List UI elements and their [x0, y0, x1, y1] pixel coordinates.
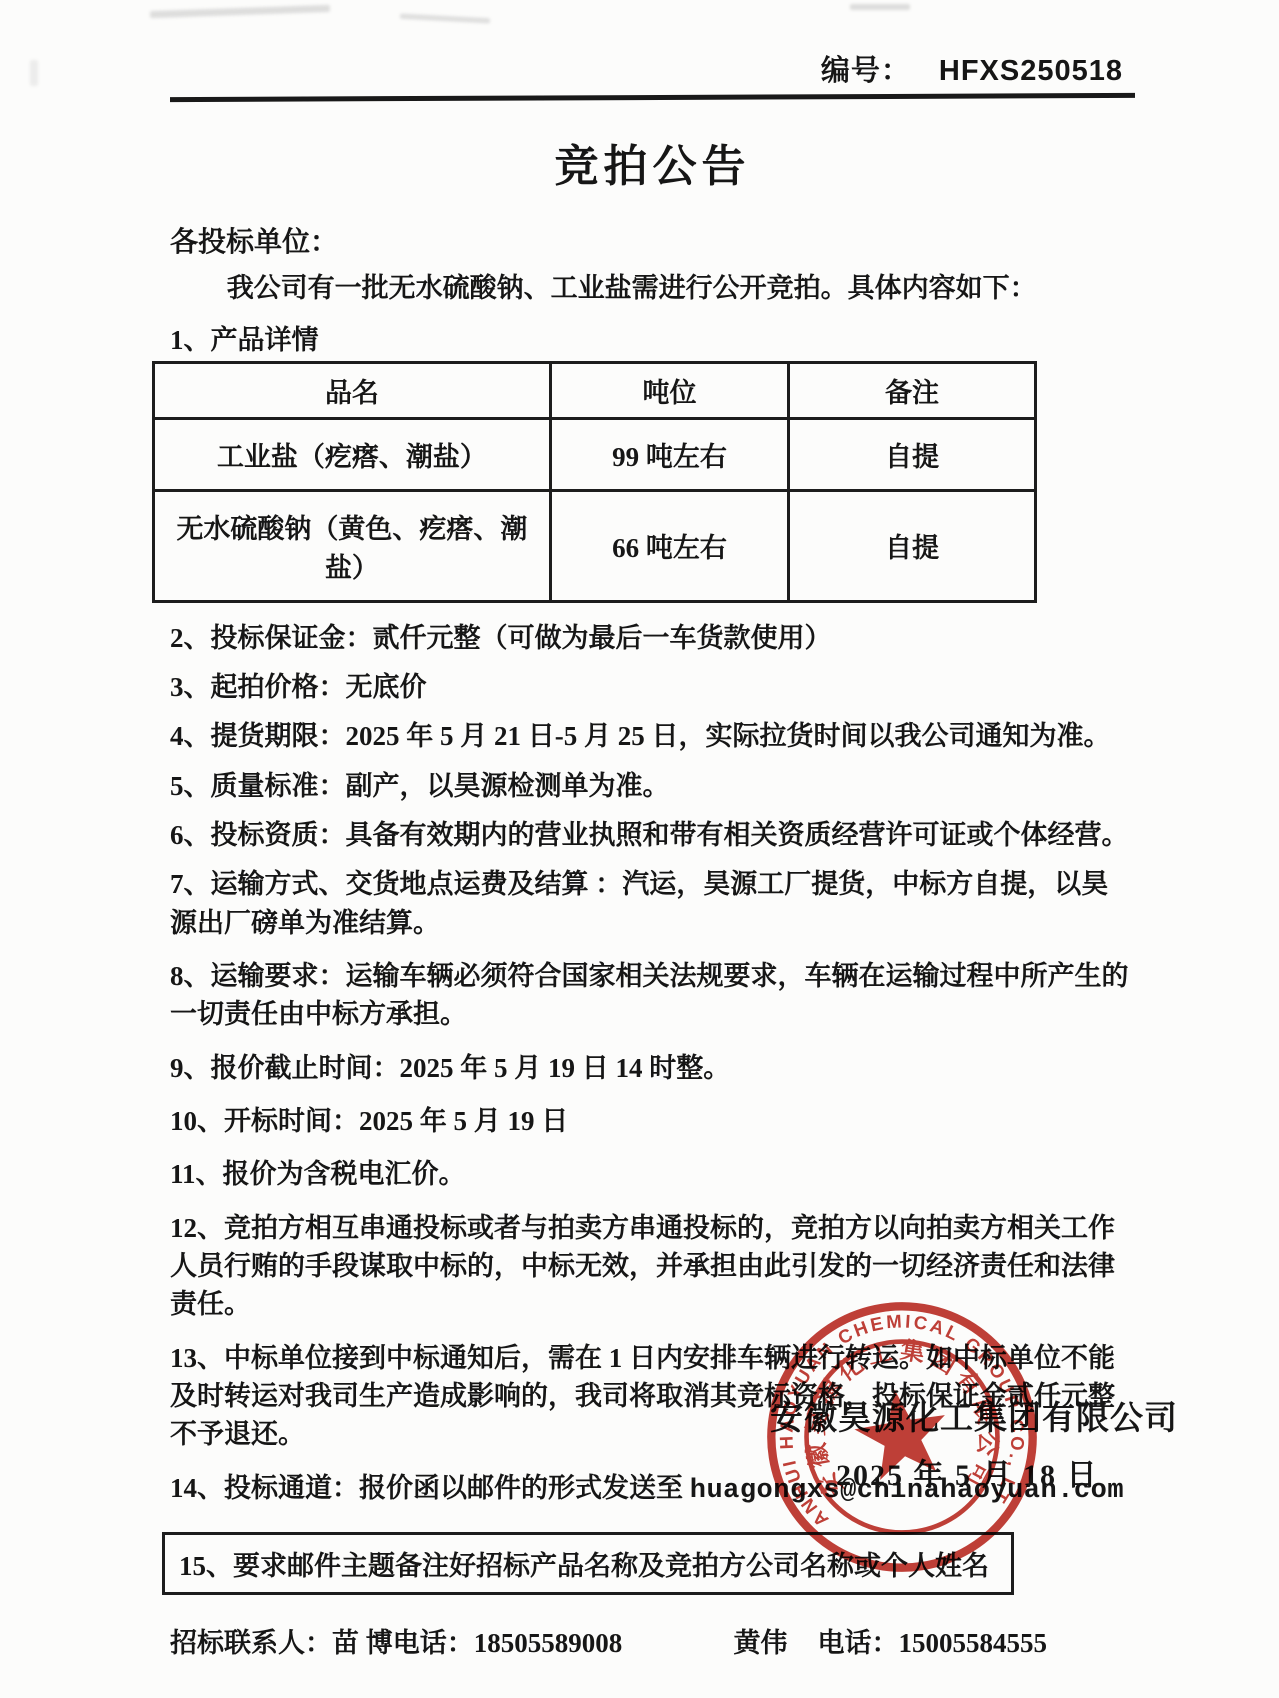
- clause-10: 10、开标时间：2025 年 5 月 19 日: [170, 1102, 1135, 1140]
- product-table: 品名 吨位 备注 工业盐（疙瘩、潮盐） 99 吨左右 自提 无水硫酸钠（黄色、疙…: [152, 361, 1037, 603]
- scan-artifact: [30, 60, 38, 86]
- column-header-tonnage: 吨位: [550, 362, 788, 418]
- contact-right: 黄伟电话：15005584555: [734, 1621, 1048, 1660]
- salutation: 各投标单位：: [170, 220, 1135, 260]
- contact-left: 招标联系人：苗 博电话：18505589008: [170, 1621, 622, 1660]
- clause-8: 8、运输要求：运输车辆必须符合国家相关法规要求，车辆在运输过程中所产生的一切责任…: [170, 957, 1135, 1034]
- contact-left-name: 苗 博: [332, 1628, 393, 1658]
- document-number-line: 编号：HFXS250518: [170, 48, 1135, 89]
- cell-tonnage-2: 66 吨左右: [550, 490, 788, 601]
- scan-artifact: [150, 5, 330, 18]
- scan-artifact: [850, 4, 910, 10]
- contact-left-phone-label: 电话：: [393, 1628, 474, 1658]
- cell-remark-2: 自提: [789, 490, 1036, 601]
- contact-left-phone: 18505589008: [474, 1628, 623, 1658]
- contacts-line: 招标联系人：苗 博电话：18505589008 黄伟电话：15005584555: [170, 1621, 1135, 1660]
- cell-product-1: 工业盐（疙瘩、潮盐）: [154, 418, 551, 490]
- cell-product-2: 无水硫酸钠（黄色、疙瘩、潮盐）: [154, 490, 551, 601]
- clause-7: 7、运输方式、交货地点运费及结算 ：汽运，昊源工厂提货，中标方自提，以昊源出厂磅…: [170, 865, 1135, 942]
- table-header-row: 品名 吨位 备注: [154, 362, 1036, 418]
- column-header-remark: 备注: [789, 362, 1036, 418]
- section1-heading: 1、产品详情: [170, 318, 1135, 357]
- scan-artifact: [400, 14, 490, 24]
- document-number-label: 编号：: [821, 55, 911, 87]
- contact-right-phone: 15005584555: [899, 1628, 1048, 1658]
- page-title: 竞拍公告: [170, 130, 1135, 194]
- company-seal-stamp: ANHUI HAOYUAN CHEMICAL GROUP CO., LTD. 安…: [743, 1278, 1061, 1596]
- header-rule: [170, 93, 1135, 102]
- clause-9: 9、报价截止时间：2025 年 5 月 19 日 14 时整。: [170, 1049, 1135, 1087]
- cell-remark-1: 自提: [789, 418, 1036, 490]
- clause-11: 11、报价为含税电汇价。: [170, 1155, 1135, 1193]
- contact-left-label: 招标联系人：: [170, 1628, 332, 1658]
- clause-2: 2、投标保证金：贰仟元整（可做为最后一车货款使用）: [170, 619, 1135, 657]
- column-header-product: 品名: [154, 362, 551, 418]
- clause-3: 3、起拍价格：无底价: [170, 668, 1135, 706]
- contact-right-phone-label: 电话：: [818, 1628, 899, 1658]
- clause-5: 5、质量标准：副产，以昊源检测单为准。: [170, 767, 1135, 805]
- scanned-document-page: 编号：HFXS250518 竞拍公告 各投标单位： 我公司有一批无水硫酸钠、工业…: [0, 0, 1279, 1698]
- clause-6: 6、投标资质：具备有效期内的营业执照和带有相关资质经营许可证或个体经营。: [170, 816, 1135, 854]
- clause-4: 4、提货期限：2025 年 5 月 21 日-5 月 25 日，实际拉货时间以我…: [170, 717, 1135, 755]
- seal-star-icon: [849, 1382, 953, 1482]
- clause-14-text: 14、投标通道：报价函以邮件的形式发送至: [170, 1473, 690, 1503]
- contact-right-name: 黄伟: [734, 1628, 788, 1658]
- document-number-value: HFXS250518: [939, 55, 1123, 87]
- table-row: 工业盐（疙瘩、潮盐） 99 吨左右 自提: [154, 418, 1036, 490]
- intro-paragraph: 我公司有一批无水硫酸钠、工业盐需进行公开竞拍。具体内容如下：: [170, 270, 1135, 308]
- table-row: 无水硫酸钠（黄色、疙瘩、潮盐） 66 吨左右 自提: [154, 490, 1036, 601]
- cell-tonnage-1: 99 吨左右: [550, 418, 788, 490]
